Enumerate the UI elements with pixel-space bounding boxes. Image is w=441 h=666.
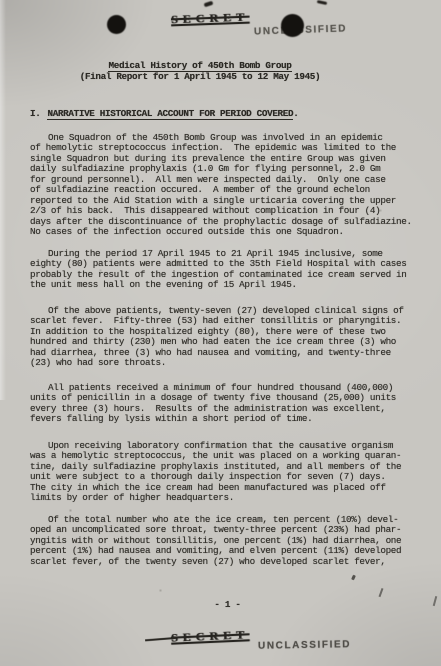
scanned-document-page: SECRET UNCLASSIFIED Medical History of 4… bbox=[0, 0, 441, 666]
paragraph: All patients received a minimum of four … bbox=[30, 383, 428, 425]
paragraph-line: fevers falling by lysis within a short p… bbox=[30, 414, 428, 424]
hole-punch bbox=[107, 15, 126, 34]
hole-punch bbox=[281, 14, 304, 37]
paragraph: Upon receiving laboratory confirmation t… bbox=[30, 441, 428, 504]
paragraph-line: No cases of the infection occured outsid… bbox=[30, 227, 428, 237]
paragraph-line: the unit mess hall on the evening of 15 … bbox=[30, 280, 428, 290]
title-line-2: (Final Report for 1 April 1945 to 12 May… bbox=[0, 72, 400, 82]
ink-mark bbox=[204, 1, 214, 8]
section-heading-text: NARRATIVE HISTORICAL ACCOUNT FOR PERIOD … bbox=[47, 108, 293, 120]
ink-mark bbox=[351, 575, 356, 581]
section-heading-period: . bbox=[293, 108, 298, 119]
paragraph: During the period 17 April 1945 to 21 Ap… bbox=[30, 249, 428, 291]
unclassified-stamp-bottom: UNCLASSIFIED bbox=[258, 639, 351, 652]
document-title: Medical History of 450th Bomb Group (Fin… bbox=[0, 61, 400, 83]
paragraph: Of the above patients, twenty-seven (27)… bbox=[30, 306, 428, 369]
section-heading: I.NARRATIVE HISTORICAL ACCOUNT FOR PERIO… bbox=[30, 109, 298, 119]
secret-stamp-crossed-out-top: SECRET bbox=[171, 10, 250, 28]
paragraph-line: scarlet fever, of the twenty seven (27) … bbox=[30, 557, 428, 567]
paragraph: Of the total number who ate the ice crea… bbox=[30, 515, 428, 567]
secret-stamp-crossed-out-bottom: SECRET bbox=[171, 627, 250, 645]
section-number: I. bbox=[30, 108, 40, 119]
scan-noise bbox=[40, 90, 41, 91]
paragraph-line: (23) who had sore throats. bbox=[30, 358, 428, 368]
scan-edge-highlight bbox=[0, 0, 6, 400]
strike-line bbox=[145, 637, 175, 641]
paragraph: One Squadron of the 450th Bomb Group was… bbox=[30, 133, 428, 238]
ink-mark bbox=[379, 588, 383, 597]
ink-mark bbox=[317, 0, 327, 5]
page-number: - 1 - bbox=[0, 600, 441, 610]
paragraph-line: limits by order of higher headquarters. bbox=[30, 493, 428, 503]
